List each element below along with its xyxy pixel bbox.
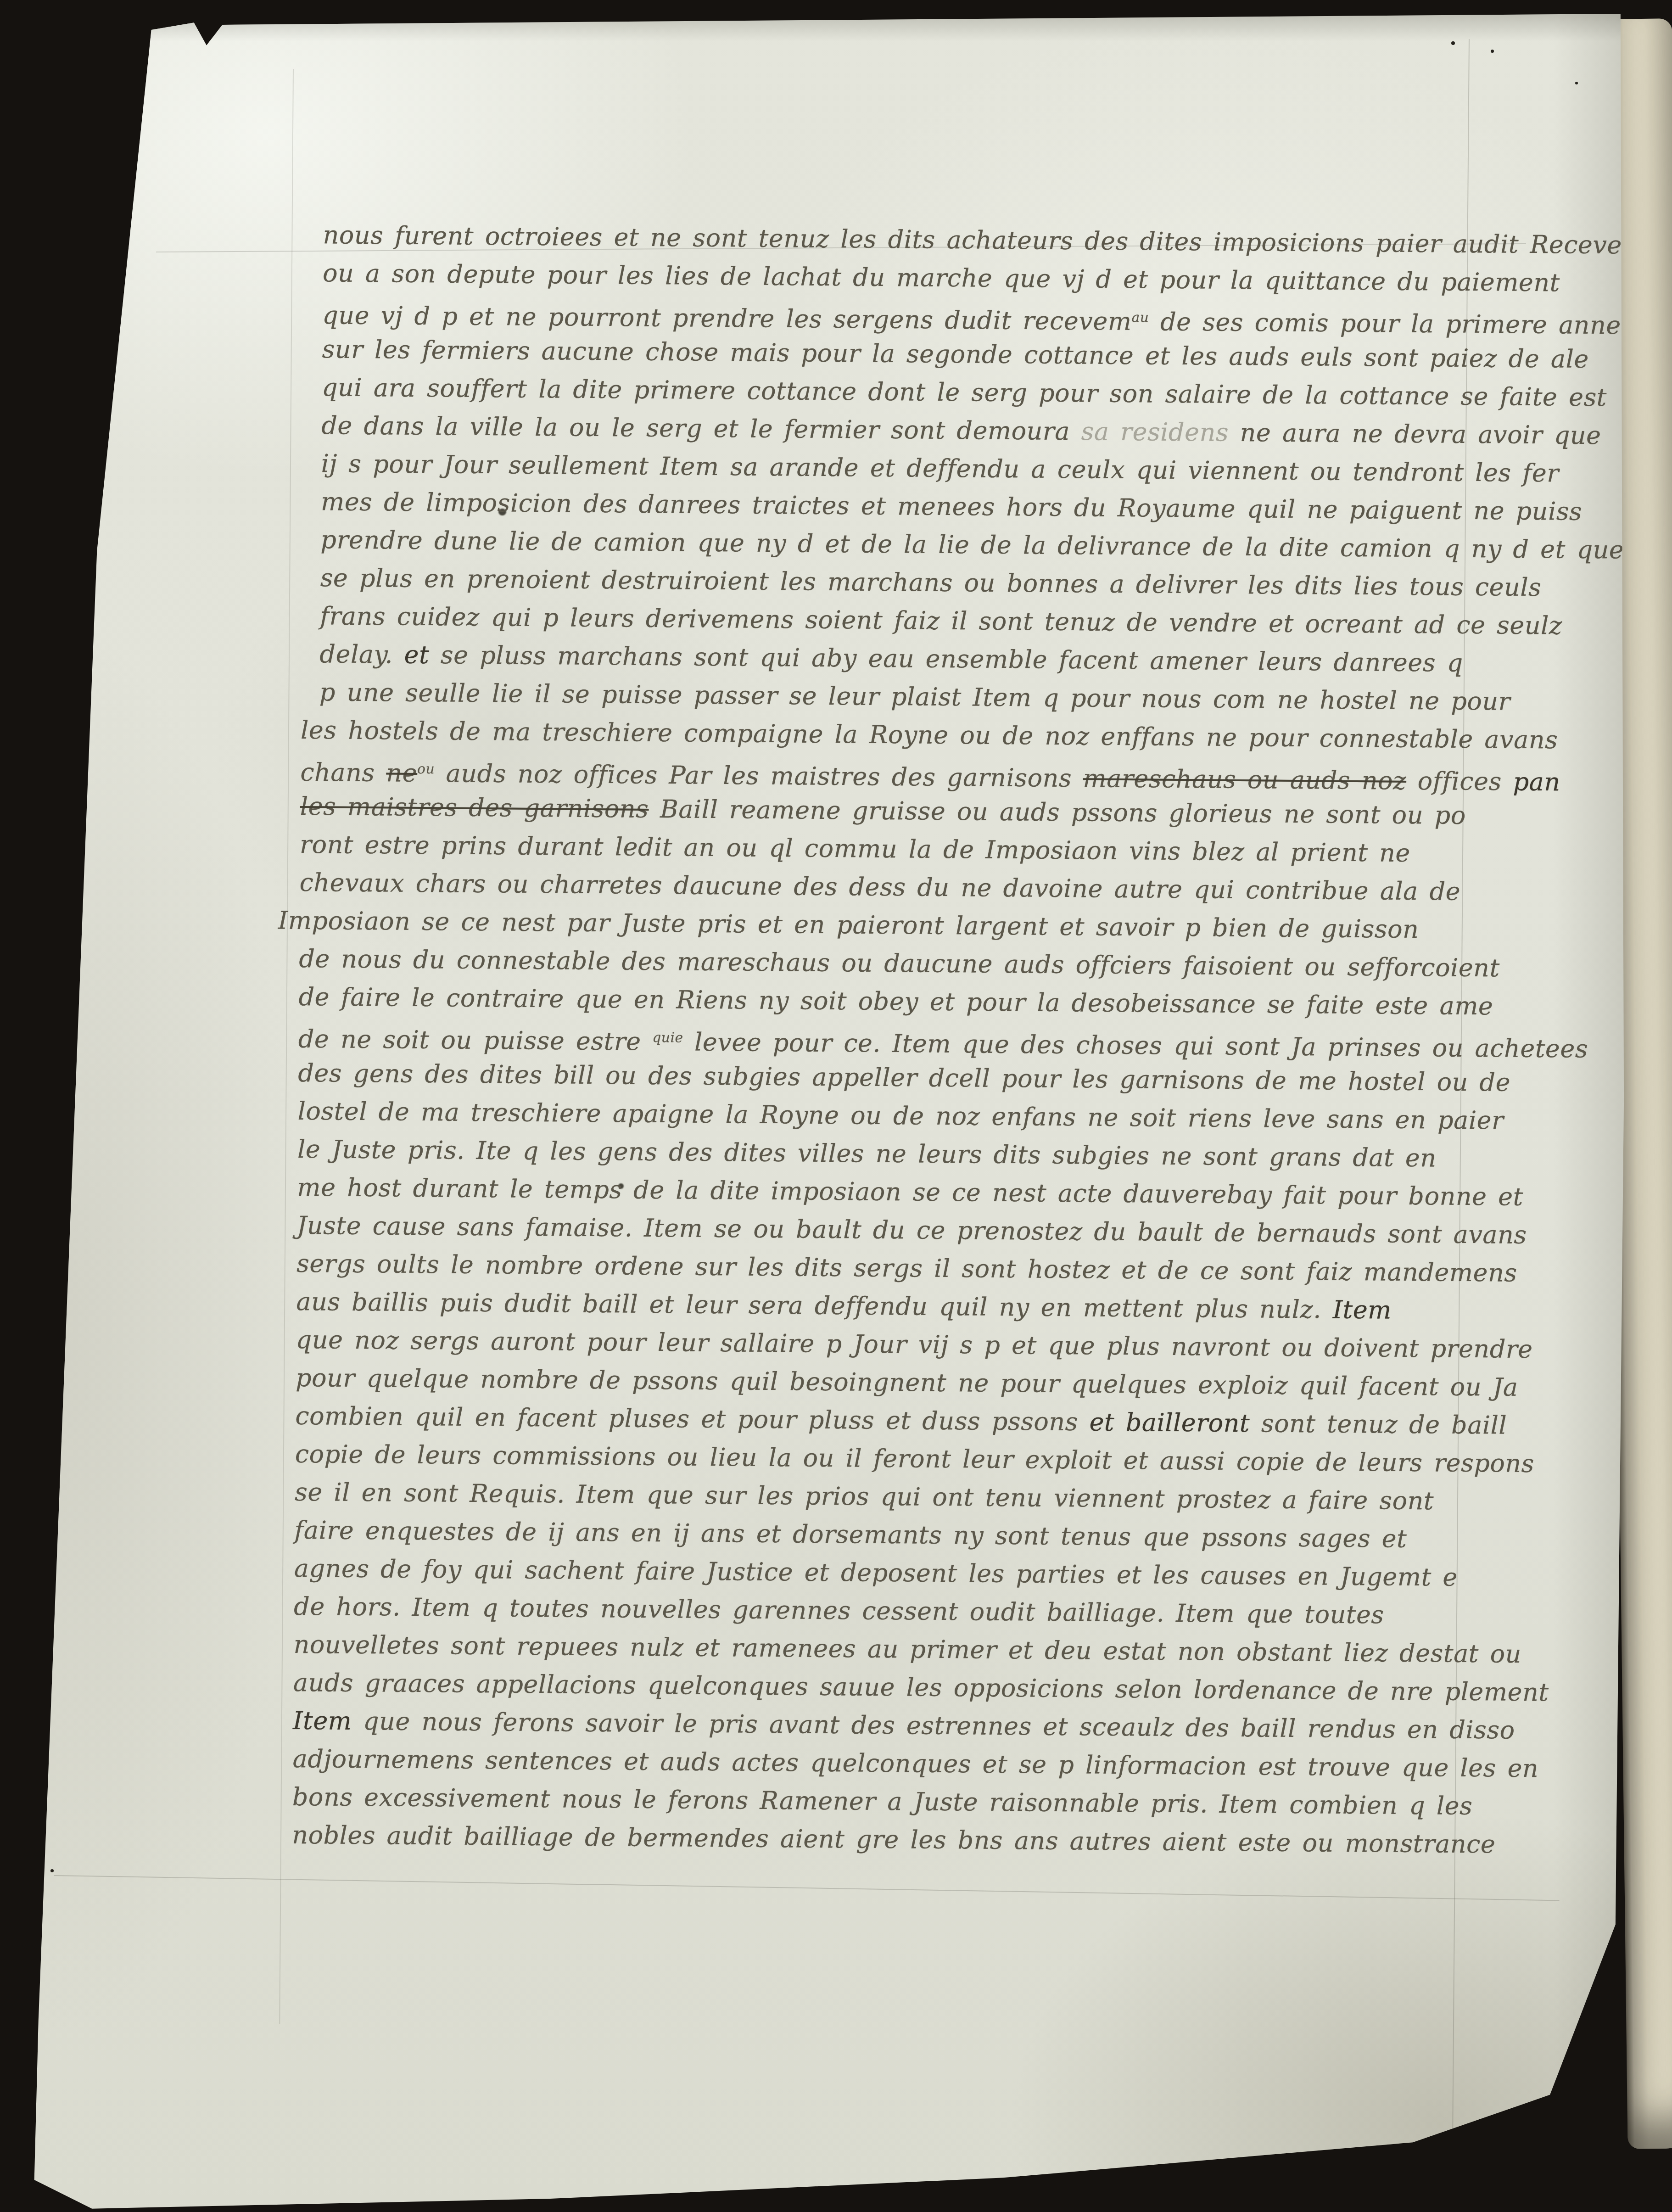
manuscript-text: aus baillis puis dudit baill et leur ser… <box>296 1287 1333 1324</box>
manuscript-text: de dans la ville la ou le serg et le fer… <box>321 411 1070 446</box>
manuscript-text: sergs oults le nombre ordene sur les dit… <box>296 1249 1517 1288</box>
manuscript-text: combien quil en facent pluses et pour pl… <box>295 1401 1090 1437</box>
manuscript-text: Item <box>293 1706 352 1736</box>
pricking-dot <box>1451 41 1455 45</box>
manuscript-text: chans <box>300 758 386 787</box>
manuscript-text: sur les fermiers aucune chose mais pour … <box>322 335 1589 374</box>
manuscript-text: ne aura ne devra avoir que <box>1229 418 1601 450</box>
manuscript-text: les hostels de ma treschiere compaigne l… <box>301 716 1558 755</box>
manuscript-text: nouvelletes sont repuees nulz et ramenee… <box>293 1630 1521 1669</box>
manuscript-text: adjournemens sentences et auds actes que… <box>292 1744 1538 1783</box>
manuscript-text: prendre dune lie de camion que ny d et d… <box>320 525 1624 564</box>
manuscript-text: Baill reamene gruisse ou auds pssons glo… <box>649 795 1466 830</box>
manuscript-text: agnes de foy qui sachent faire Justice e… <box>294 1554 1458 1592</box>
manuscript-text: offices <box>1406 767 1513 796</box>
manuscript-text: de nous du connestable des mareschaus ou… <box>299 944 1500 983</box>
manuscript-text: le Juste pris. Ite q les gens des dites … <box>297 1135 1437 1172</box>
manuscript-text: et bailleront <box>1089 1408 1250 1438</box>
manuscript-text: auds noz offices Par les maistres des ga… <box>435 759 1083 793</box>
manuscript-text: ou a son depute pour les lies de lachat … <box>323 258 1560 297</box>
manuscript-text: faire enquestes de ij ans en ij ans et d… <box>294 1516 1407 1553</box>
manuscript-text: frans cuidez qui p leurs derivemens soie… <box>320 601 1562 640</box>
ruling-line-left-margin <box>279 69 294 2024</box>
page-top-shading <box>0 0 1672 41</box>
manuscript-text: nous furent octroiees et ne sont tenuz l… <box>323 220 1650 260</box>
manuscript-text: ou <box>417 761 435 777</box>
pricking-dot <box>1454 2154 1458 2158</box>
manuscript-text: ij s pour Jour seullement Item sa arande… <box>321 449 1559 487</box>
manuscript-text: quie <box>652 1030 683 1046</box>
manuscript-text: delay. <box>319 639 404 669</box>
manuscript-text: pour quelque nombre de pssons quil besoi… <box>296 1363 1518 1402</box>
scan-background: { "document": { "kind": "medieval manusc… <box>0 0 1672 2212</box>
manuscript-text: copie de leurs commissions ou lieu la ou… <box>295 1439 1535 1478</box>
manuscript-text: des gens des dites bill ou des subgies a… <box>298 1058 1510 1097</box>
manuscript-text: se pluss marchans sont qui aby eau ensem… <box>429 640 1463 678</box>
manuscript-text: de hors. Item q toutes nouvelles garenne… <box>294 1592 1384 1630</box>
manuscript-text: mes de limposicion des danrees traictes … <box>321 487 1583 526</box>
manuscript-text: que nous ferons savoir le pris avant des… <box>352 1707 1515 1745</box>
manuscript-text: se plus en prenoient destruiroient les m… <box>320 563 1542 602</box>
manuscript-text: se il en sont Requis. Item que sur les p… <box>295 1478 1434 1515</box>
pricking-dot <box>1575 82 1578 84</box>
manuscript-text: nobles audit bailliage de bermendes aien… <box>292 1820 1496 1859</box>
pricking-dot <box>1491 50 1494 53</box>
manuscript-text: ront estre prins durant ledit an ou ql c… <box>300 830 1410 868</box>
manuscript-text: Item <box>1333 1295 1392 1325</box>
struck-text: mareschaus ou auds noz <box>1083 764 1406 795</box>
manuscript-page: nous furent octroiees et ne sont tenuz l… <box>0 0 1672 2212</box>
manuscript-text: chevaux chars ou charretes daucune des d… <box>299 868 1460 906</box>
manuscript-text: sont tenuz de baill <box>1250 1409 1507 1439</box>
struck-text: ne <box>386 758 417 788</box>
manuscript-text: lostel de ma treschiere apaigne la Royne… <box>297 1097 1504 1135</box>
manuscript-text: pan <box>1513 767 1560 797</box>
manuscript-text: sa residens <box>1070 417 1229 447</box>
manuscript-text: Imposiaon se ce nest par Juste pris et e… <box>278 906 1419 944</box>
pricking-dot <box>50 1869 54 1872</box>
manuscript-text: de ses comis pour la primere annee <box>1149 307 1636 340</box>
struck-text: les maistres des garnisons <box>300 792 649 823</box>
manuscript-text-block: nous furent octroiees et ne sont tenuz l… <box>292 216 1507 1863</box>
manuscript-text: bons excessivement nous le ferons Ramene… <box>292 1782 1473 1820</box>
manuscript-text: que noz sergs auront pour leur sallaire … <box>296 1325 1533 1364</box>
manuscript-text: Juste cause sans famaise. Item se ou bau… <box>296 1211 1527 1249</box>
manuscript-text: de ne soit ou puisse estre <box>298 1025 653 1056</box>
manuscript-text: au <box>1131 309 1149 325</box>
manuscript-text: me host durant le temps de la dite impos… <box>297 1173 1523 1211</box>
manuscript-text: de faire le contraire que en Riens ny so… <box>298 982 1493 1020</box>
manuscript-text: et <box>404 640 429 669</box>
manuscript-text: auds graaces appellacions quelconques sa… <box>293 1668 1549 1707</box>
manuscript-text: qui ara souffert la dite primere cottanc… <box>322 373 1607 412</box>
manuscript-text: p une seulle lie il se puisse passer se … <box>319 678 1511 716</box>
